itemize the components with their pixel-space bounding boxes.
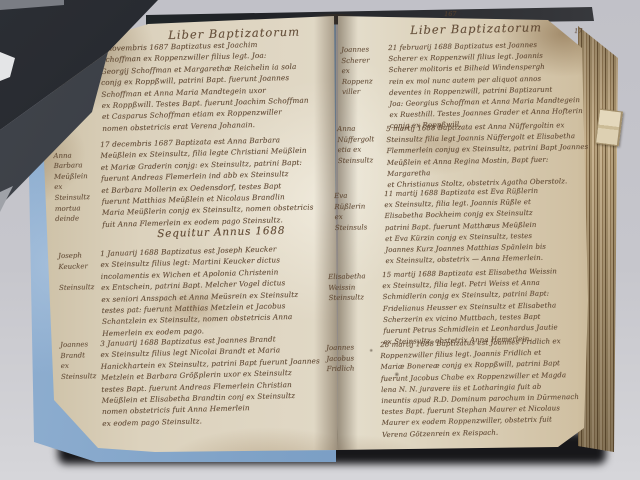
left-margin-note-3: Joseph Keucker Steinsultz xyxy=(58,250,105,294)
right-margin-note-2: Anna Nüffergolt etia ex Steinsultz xyxy=(337,123,388,166)
right-year-note: 167 xyxy=(444,10,457,18)
manuscript-photo: Liber Baptizatorum Joachim Schoffman ex … xyxy=(0,0,640,480)
right-margin-note-3: Eva Rüßlerin ex Steinsuls xyxy=(334,190,385,233)
right-margin-note-1: Joannes Scherer ex Roppenz viller xyxy=(341,44,392,98)
right-page-header: Liber Baptizatorum xyxy=(410,20,542,37)
right-margin-note-4: Elisabetha Weissin Steinsultz xyxy=(328,271,379,304)
left-entry-body-3: 1 Januarij 1688 Baptizatus est Joseph Ke… xyxy=(100,242,344,340)
right-entry-body-5: 28 martij 1688 Baptizatus est Joannes Fr… xyxy=(380,336,586,441)
left-entry-body-4: 3 Januarij 1688 Baptizatus est Joannes B… xyxy=(100,332,344,430)
right-entry-body-3: 11 martij 1688 Baptizata est Eva Rüßleri… xyxy=(384,185,590,268)
right-margin-note-5: Joannes Jacobus Fridlich xyxy=(326,342,377,375)
left-margin-note-2: ✝ Anna Barbara Meüßlein ex Steinsultz mo… xyxy=(53,139,101,225)
right-page-number: 17 xyxy=(574,27,582,35)
right-entry-body-2: 5 martij 1688 Baptizata est Anna Nüfferg… xyxy=(386,120,591,191)
right-entry-body-1: 21 februarij 1688 Baptizatus est Joannes… xyxy=(388,39,594,133)
bookmark-tab xyxy=(595,109,623,147)
left-entry-body-2: 17 decembris 1687 Baptizata est Anna Bar… xyxy=(100,133,344,231)
left-entry-body-1: 9 novembris 1687 Baptizatus est Joachim … xyxy=(100,37,344,135)
